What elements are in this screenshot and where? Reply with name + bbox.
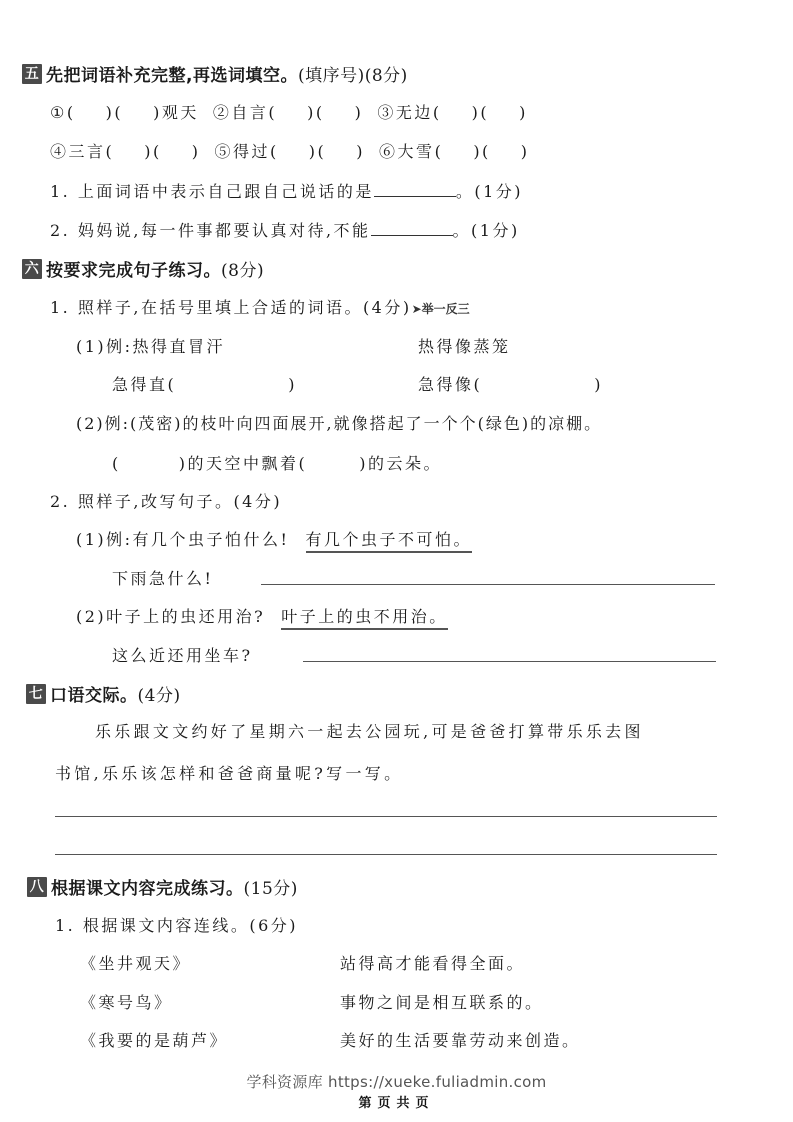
footer-source: 学科资源库 https://xueke.fuliadmin.com — [0, 1071, 793, 1092]
idiom-text: 自言 — [231, 103, 268, 122]
match-left-item[interactable]: 《寒号鸟》 — [80, 990, 173, 1013]
match-right-item[interactable]: 美好的生活要靠劳动来创造。 — [340, 1028, 581, 1051]
rewrite-example-2: (2)叶子上的虫还用治?叶子上的虫不用治。 — [76, 604, 448, 627]
match-right-item[interactable]: 事物之间是相互联系的。 — [340, 990, 544, 1013]
fill-sentence: ()的天空中飘着()的云朵。 — [112, 451, 442, 474]
match-left-item[interactable]: 《我要的是葫芦》 — [80, 1028, 228, 1051]
fill-text: )的天空中飘着( — [179, 454, 308, 473]
section-title: 先把词语补充完整,再选词填空。 — [46, 61, 298, 86]
question-text: 1. 照样子,在括号里填上合适的词语。(4分) — [50, 298, 412, 317]
fill-text: )的云朵。 — [359, 454, 442, 473]
fill-left: 急得直() — [112, 372, 297, 395]
extend-practice-tag: ➤举一反三 — [412, 302, 470, 316]
question-points: 。(1分) — [456, 182, 523, 201]
section-number-badge: 六 — [22, 259, 42, 279]
idiom-text: 观天 — [162, 103, 199, 122]
section-7-heading: 七 口语交际。 (4分) — [26, 681, 181, 706]
idiom-number: ⑥ — [379, 142, 398, 161]
answer-blank[interactable] — [374, 178, 456, 197]
idiom-number: ③ — [377, 103, 396, 122]
section-number-badge: 八 — [27, 877, 47, 897]
writing-line[interactable] — [55, 854, 717, 855]
answer-blank[interactable] — [371, 217, 453, 236]
idiom-text: 无边 — [396, 103, 433, 122]
example-left: (1)例:热得直冒汗 — [76, 334, 225, 357]
open-paren: ( — [112, 454, 121, 473]
example-label: (2)叶子上的虫还用治? — [76, 607, 265, 626]
idiom-text: 得过 — [233, 142, 270, 161]
section-title: 口语交际。 — [50, 681, 138, 706]
fill-prompt: 急得直( — [112, 375, 176, 394]
idiom-number: ② — [213, 103, 232, 122]
passage-line-1: 乐乐跟文文约好了星期六一起去公园玩,可是爸爸打算带乐乐去图 — [95, 719, 644, 742]
question-6-2: 2. 照样子,改写句子。(4分) — [50, 489, 282, 512]
idiom-row-1: ①()()观天②自言()()③无边()() — [50, 100, 528, 123]
question-text: 1. 上面词语中表示自己跟自己说话的是 — [50, 182, 374, 201]
rewrite-example-1: (1)例:有几个虫子怕什么!有几个虫子不可怕。 — [76, 527, 472, 550]
answer-line[interactable] — [261, 584, 715, 585]
passage-line-2: 书馆,乐乐该怎样和爸爸商量呢?写一写。 — [55, 761, 403, 784]
section-5-heading: 五 先把词语补充完整,再选词填空。 (填序号)(8分) — [22, 61, 408, 86]
example-right: 热得像蒸笼 — [418, 334, 511, 357]
rewrite-task-1: 下雨急什么! — [112, 566, 213, 589]
fill-prompt: 急得像( — [418, 375, 482, 394]
footer-page-number: 第页共页 — [0, 1092, 793, 1111]
section-points: (8分) — [221, 256, 264, 281]
match-left-item[interactable]: 《坐井观天》 — [80, 951, 191, 974]
question-text: 2. 妈妈说,每一件事都要认真对待,不能 — [50, 221, 371, 240]
match-right-item[interactable]: 站得高才能看得全面。 — [340, 951, 525, 974]
question-6-1: 1. 照样子,在括号里填上合适的词语。(4分)➤举一反三 — [50, 295, 470, 318]
section-points: (15分) — [244, 874, 298, 899]
question-points: 。(1分) — [453, 221, 520, 240]
idiom-row-2: ④三言()()⑤得过()()⑥大雪()() — [50, 139, 530, 162]
section-number-badge: 七 — [26, 684, 46, 704]
example-sentence: (2)例:(茂密)的枝叶向四面展开,就像搭起了一个个(绿色)的凉棚。 — [76, 411, 602, 434]
question-8-1: 1. 根据课文内容连线。(6分) — [55, 913, 298, 936]
section-title: 按要求完成句子练习。 — [46, 256, 221, 281]
idiom-number: ⑤ — [215, 142, 234, 161]
section-note: (填序号)(8分) — [298, 61, 408, 86]
close-paren: ) — [594, 375, 603, 394]
idiom-number: ① — [50, 103, 67, 122]
section-title: 根据课文内容完成练习。 — [51, 874, 244, 899]
example-answer: 有几个虫子不可怕。 — [306, 530, 473, 553]
idiom-number: ④ — [50, 142, 69, 161]
example-answer: 叶子上的虫不用治。 — [281, 607, 448, 630]
idiom-text: 三言 — [69, 142, 106, 161]
section-number-badge: 五 — [22, 64, 42, 84]
writing-line[interactable] — [55, 816, 717, 817]
idiom-text: 大雪 — [398, 142, 435, 161]
section-points: (4分) — [138, 681, 181, 706]
close-paren: ) — [288, 375, 297, 394]
example-label: (1)例:有几个虫子怕什么! — [76, 530, 290, 549]
question-5-2: 2. 妈妈说,每一件事都要认真对待,不能。(1分) — [50, 217, 520, 241]
section-8-heading: 八 根据课文内容完成练习。 (15分) — [27, 874, 298, 899]
section-6-heading: 六 按要求完成句子练习。 (8分) — [22, 256, 264, 281]
fill-right: 急得像() — [418, 372, 603, 395]
answer-line[interactable] — [303, 661, 716, 662]
question-5-1: 1. 上面词语中表示自己跟自己说话的是。(1分) — [50, 178, 523, 202]
rewrite-task-2: 这么近还用坐车? — [112, 643, 253, 666]
